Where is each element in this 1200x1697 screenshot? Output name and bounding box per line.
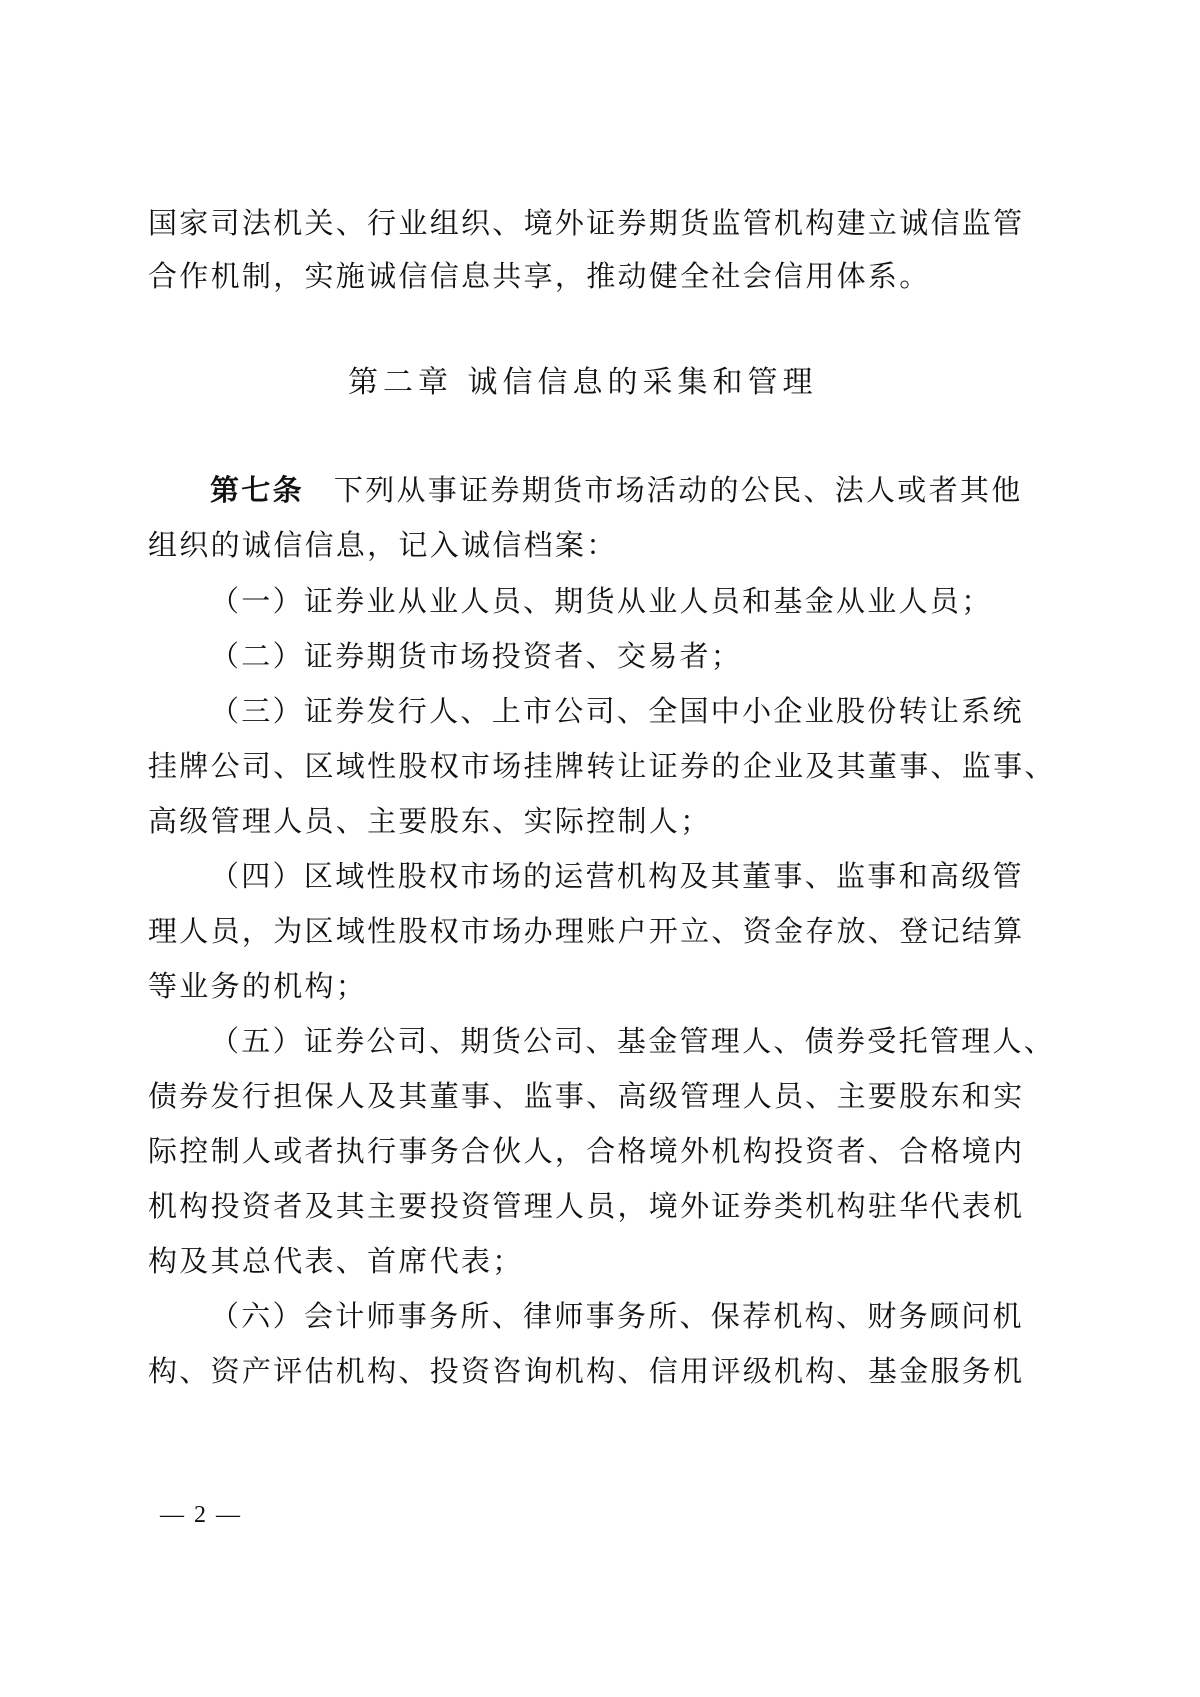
list-item-continuation: 构及其总代表、首席代表；	[148, 1241, 524, 1281]
list-item-continuation: 债券发行担保人及其董事、监事、高级管理人员、主要股东和实	[148, 1076, 1024, 1116]
page-number: — 2 —	[160, 1500, 242, 1530]
list-item: （四）区域性股权市场的运营机构及其董事、监事和高级管	[210, 856, 1024, 896]
list-item-continuation: 构、资产评估机构、投资咨询机构、信用评级机构、基金服务机	[148, 1351, 1024, 1391]
list-item-continuation: 高级管理人员、主要股东、实际控制人；	[148, 801, 711, 841]
paragraph-line: 合作机制，实施诚信信息共享，推动健全社会信用体系。	[148, 256, 931, 296]
list-item-continuation: 际控制人或者执行事务合伙人，合格境外机构投资者、合格境内	[148, 1131, 1024, 1171]
list-item-continuation: 挂牌公司、区域性股权市场挂牌转让证券的企业及其董事、监事、	[148, 746, 1056, 786]
paragraph-line: 国家司法机关、行业组织、境外证券期货监管机构建立诚信监管	[148, 203, 1024, 243]
paragraph-line: 组织的诚信信息，记入诚信档案：	[148, 525, 618, 565]
article-label: 第七条	[210, 473, 304, 507]
article-intro: 下列从事证券期货市场活动的公民、法人或者其他	[334, 473, 1023, 507]
list-item: （二）证券期货市场投资者、交易者；	[210, 636, 742, 676]
list-item-continuation: 机构投资者及其主要投资管理人员，境外证券类机构驻华代表机	[148, 1186, 1024, 1226]
article-heading-line: 第七条下列从事证券期货市场活动的公民、法人或者其他	[210, 470, 1023, 510]
list-item: （六）会计师事务所、律师事务所、保荐机构、财务顾问机	[210, 1296, 1024, 1336]
list-item-continuation: 等业务的机构；	[148, 966, 367, 1006]
list-item: （三）证券发行人、上市公司、全国中小企业股份转让系统	[210, 691, 1024, 731]
chapter-title: 第二章 诚信信息的采集和管理	[348, 363, 818, 403]
list-item: （一）证券业从业人员、期货从业人员和基金从业人员；	[210, 581, 993, 621]
list-item: （五）证券公司、期货公司、基金管理人、债券受托管理人、	[210, 1021, 1055, 1061]
list-item-continuation: 理人员，为区域性股权市场办理账户开立、资金存放、登记结算	[148, 911, 1024, 951]
